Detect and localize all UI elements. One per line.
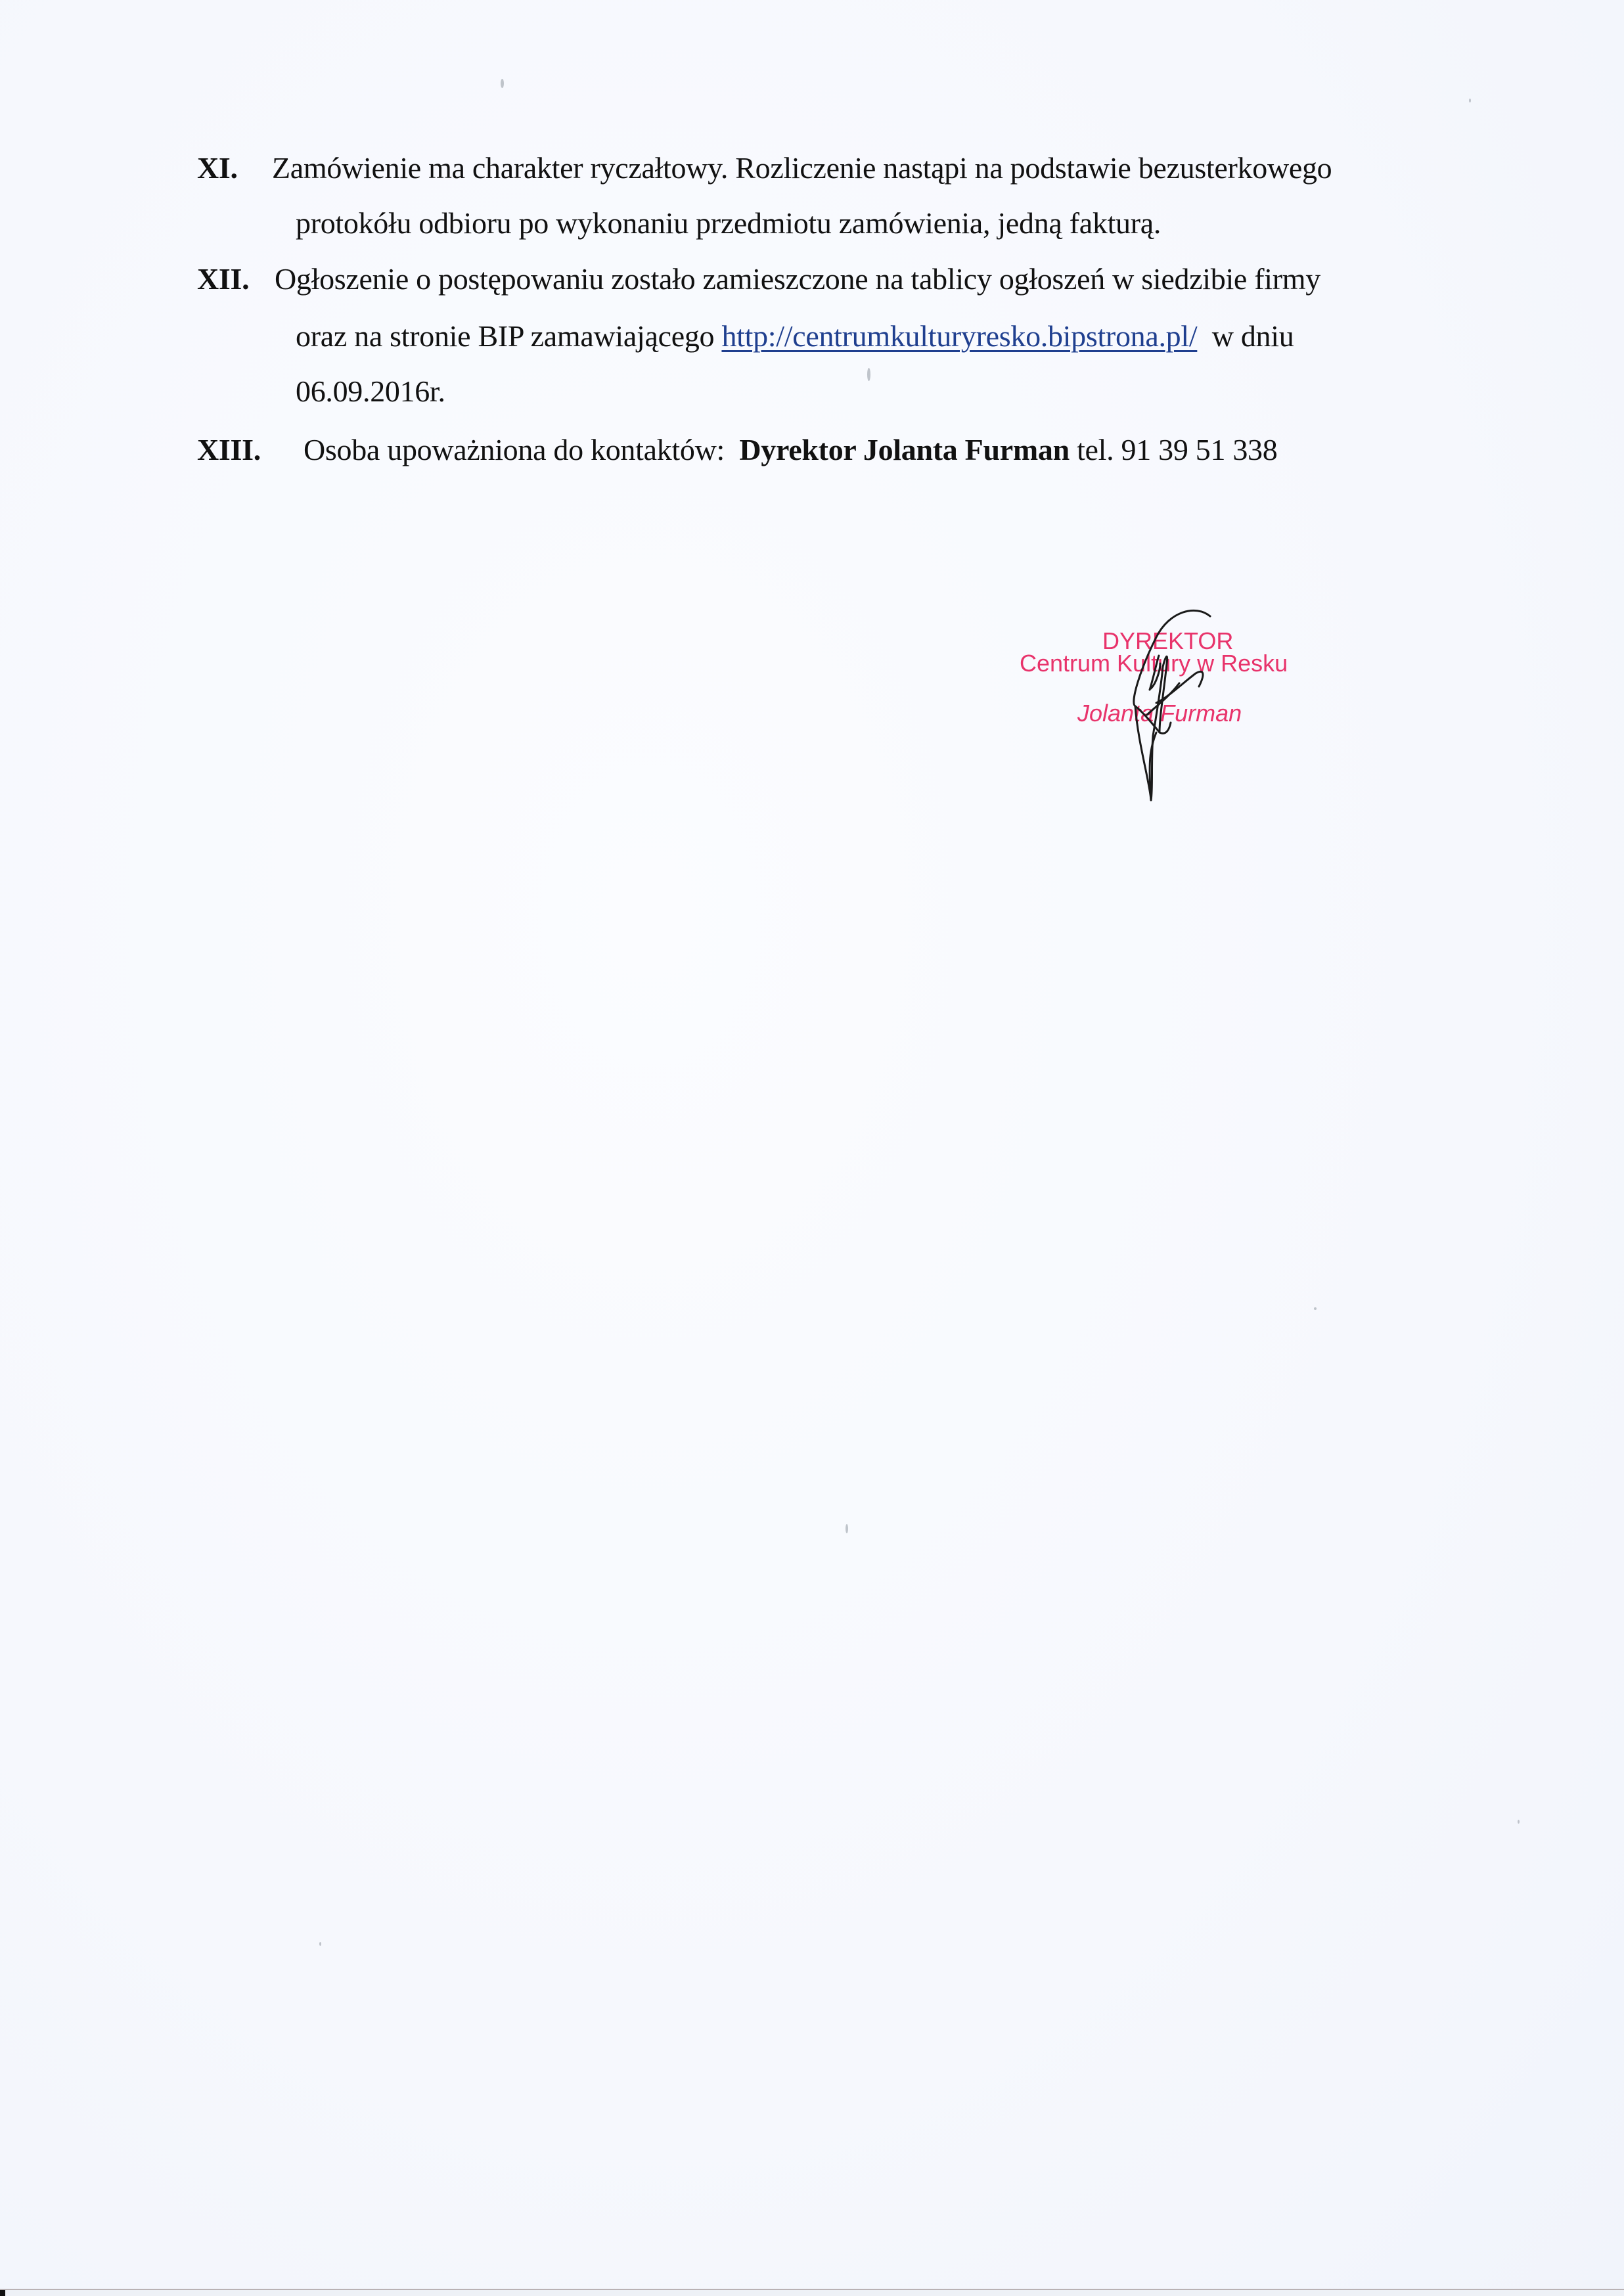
contact-person: Dyrektor Jolanta Furman [739,433,1070,466]
section-xii-line-1: XII.Ogłoszenie o postępowaniu zostało za… [197,259,1320,299]
section-xii-line-3: 06.09.2016r. [296,372,445,411]
scan-speck [1518,1820,1520,1824]
section-xi-line-1: XI.Zamówienie ma charakter ryczałtowy. R… [197,148,1332,188]
scan-corner [0,2290,5,2296]
section-text: Ogłoszenie o postępowaniu zostało zamies… [275,262,1320,296]
scan-speck [501,79,504,88]
scan-bottom-edge [0,2289,1624,2296]
section-xii-line-2: oraz na stronie BIP zamawiającego http:/… [296,317,1294,356]
section-number: XIII. [197,430,304,470]
section-number: XI. [197,148,272,188]
contact-phone: tel. 91 39 51 338 [1070,433,1278,466]
section-xiii-line-1: XIII.Osoba upoważniona do kontaktów: Dyr… [197,430,1277,470]
announcement-date: 06.09.2016r. [296,374,445,408]
scan-speck [846,1524,848,1533]
section-text: oraz na stronie BIP zamawiającego [296,319,721,353]
handwritten-signature-icon [999,591,1340,815]
section-number: XII. [197,259,275,299]
scan-speck [867,368,870,381]
scan-speck [1469,99,1471,102]
section-text: Zamówienie ma charakter ryczałtowy. Rozl… [272,151,1332,185]
scan-speck [319,1942,321,1946]
section-xi-line-2: protokółu odbioru po wykonaniu przedmiot… [296,204,1161,243]
bip-link[interactable]: http://centrumkulturyresko.bipstrona.pl/ [721,319,1197,353]
scan-speck [1314,1307,1317,1310]
document-page: XI.Zamówienie ma charakter ryczałtowy. R… [0,0,1624,2289]
section-text: w dniu [1197,319,1294,353]
section-text: Osoba upoważniona do kontaktów: [304,433,739,466]
section-text: protokółu odbioru po wykonaniu przedmiot… [296,206,1161,240]
